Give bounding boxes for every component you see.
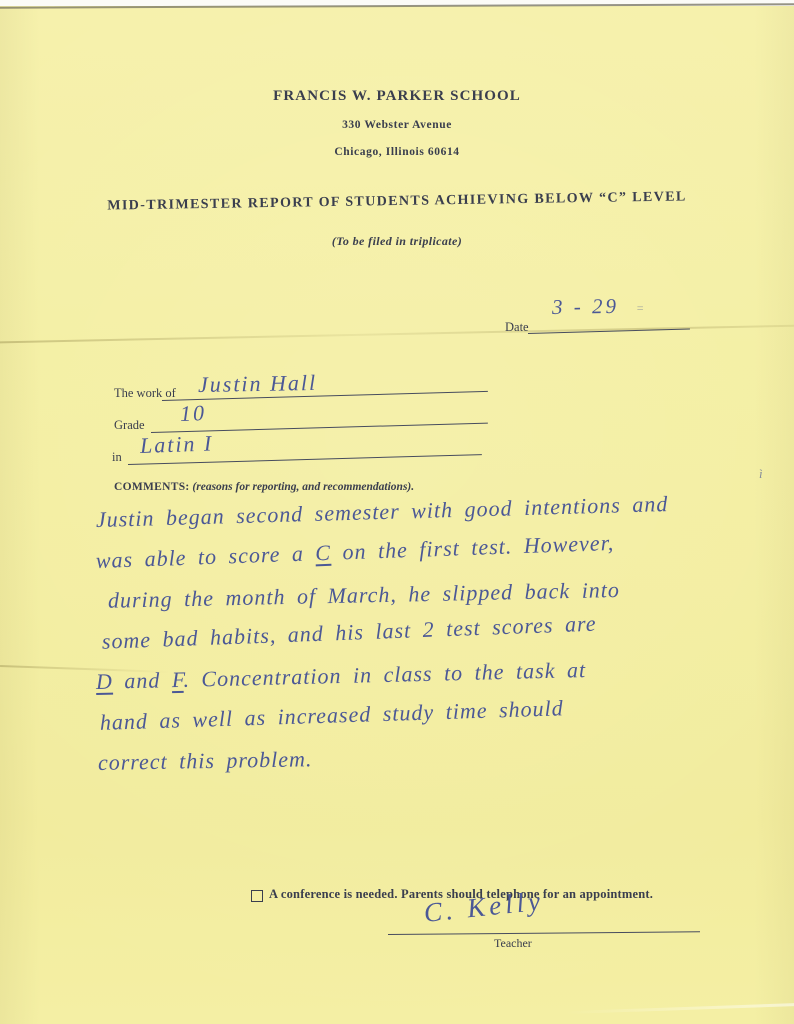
report-subtitle: (To be filed in triplicate): [0, 234, 794, 249]
comments-label: COMMENTS: (reasons for reporting, and re…: [114, 481, 414, 493]
comments-handwritten-text: Justin began second semester with good i…: [96, 503, 761, 787]
stray-ink-mark: =: [636, 301, 644, 316]
date-label: Date: [505, 320, 529, 335]
grade-value-handwritten: 10: [180, 400, 207, 427]
comments-label-head: COMMENTS:: [114, 481, 190, 493]
work-of-label: The work of: [114, 386, 176, 401]
subject-value-handwritten: Latin I: [140, 430, 214, 459]
school-name: FRANCIS W. PARKER SCHOOL: [0, 88, 794, 105]
school-address-city: Chicago, Illinois 60614: [0, 146, 794, 158]
teacher-label: Teacher: [494, 936, 532, 951]
school-address-street: 330 Webster Avenue: [0, 119, 794, 131]
date-value-handwritten: 3 - 29: [552, 294, 619, 320]
stray-ink-mark: ì: [759, 466, 763, 482]
conference-checkbox[interactable]: [251, 890, 263, 902]
comments-label-note: (reasons for reporting, and recommendati…: [192, 481, 414, 493]
scanned-page: FRANCIS W. PARKER SCHOOL 330 Webster Ave…: [0, 0, 794, 1024]
subject-label: in: [112, 450, 122, 465]
grade-label: Grade: [114, 418, 145, 433]
student-name-handwritten: Justin Hall: [198, 370, 318, 398]
